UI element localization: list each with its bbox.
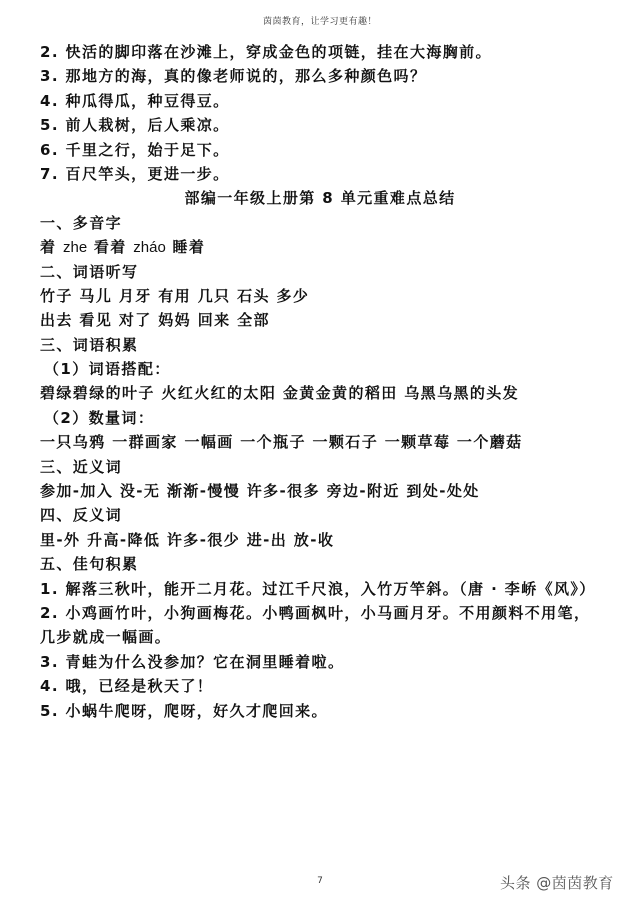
good-sentence-line: 5. 小蜗牛爬呀，爬呀，好久才爬回来。 [40, 699, 620, 723]
sentence-line: 5. 前人栽树，后人乘凉。 [40, 113, 620, 137]
polyphonic-heading: 一、多音字 [40, 211, 620, 235]
collocation-content: 碧绿碧绿的叶子 火红火红的太阳 金黄金黄的稻田 乌黑乌黑的头发 [40, 381, 620, 405]
sentence-line: 3. 那地方的海，真的像老师说的，那么多种颜色吗？ [40, 64, 620, 88]
accumulation-heading: 三、词语积累 [40, 333, 620, 357]
dictation-line-1: 竹子 马儿 月牙 有用 几只 石头 多少 [40, 284, 620, 308]
good-sentence-line: 几步就成一幅画。 [40, 625, 620, 649]
antonyms-heading: 四、反义词 [40, 503, 620, 527]
quantifier-heading: （2）数量词： [40, 406, 620, 430]
sentence-line: 7. 百尺竿头，更进一步。 [40, 162, 620, 186]
good-sentence-line: 1. 解落三秋叶，能开二月花。过江千尺浪，入竹万竿斜。（唐 · 李峤《风》） [40, 577, 620, 601]
page-header: 茵茵教育，让学习更有趣！ [0, 14, 640, 27]
sentence-line: 6. 千里之行，始于足下。 [40, 138, 620, 162]
collocation-heading: （1）词语搭配： [40, 357, 620, 381]
polyphonic-word-2: 睡着 [172, 238, 205, 256]
dictation-heading: 二、词语听写 [40, 260, 620, 284]
dictation-line-2: 出去 看见 对了 妈妈 回来 全部 [40, 308, 620, 332]
sentence-line: 4. 种瓜得瓜，种豆得豆。 [40, 89, 620, 113]
pinyin-zhe: zhe [63, 239, 87, 256]
document-body: 2. 快活的脚印落在沙滩上，穿成金色的项链，挂在大海胸前。 3. 那地方的海，真… [40, 40, 620, 723]
sentence-line: 2. 快活的脚印落在沙滩上，穿成金色的项链，挂在大海胸前。 [40, 40, 620, 64]
good-sentence-line: 3. 青蛙为什么没参加？它在洞里睡着啦。 [40, 650, 620, 674]
good-sentence-line: 4. 哦，已经是秋天了！ [40, 674, 620, 698]
synonyms-heading: 三、近义词 [40, 455, 620, 479]
polyphonic-char: 着 [40, 238, 56, 256]
good-sentence-line: 2. 小鸡画竹叶，小狗画梅花。小鸭画枫叶，小马画月牙。不用颜料不用笔， [40, 601, 620, 625]
antonyms-content: 里-外 升高-降低 许多-很少 进-出 放-收 [40, 528, 620, 552]
section-title: 部编一年级上册第 8 单元重难点总结 [40, 186, 620, 210]
quantifier-content: 一只乌鸦 一群画家 一幅画 一个瓶子 一颗石子 一颗草莓 一个蘑菇 [40, 430, 620, 454]
pinyin-zhao: zháo [133, 239, 166, 256]
watermark: 头条 @茵茵教育 [500, 872, 614, 893]
polyphonic-line: 着 zhe 看着 zháo 睡着 [40, 235, 620, 259]
good-sentences-heading: 五、佳句积累 [40, 552, 620, 576]
polyphonic-word-1: 看着 [94, 238, 127, 256]
synonyms-content: 参加-加入 没-无 渐渐-慢慢 许多-很多 旁边-附近 到处-处处 [40, 479, 620, 503]
